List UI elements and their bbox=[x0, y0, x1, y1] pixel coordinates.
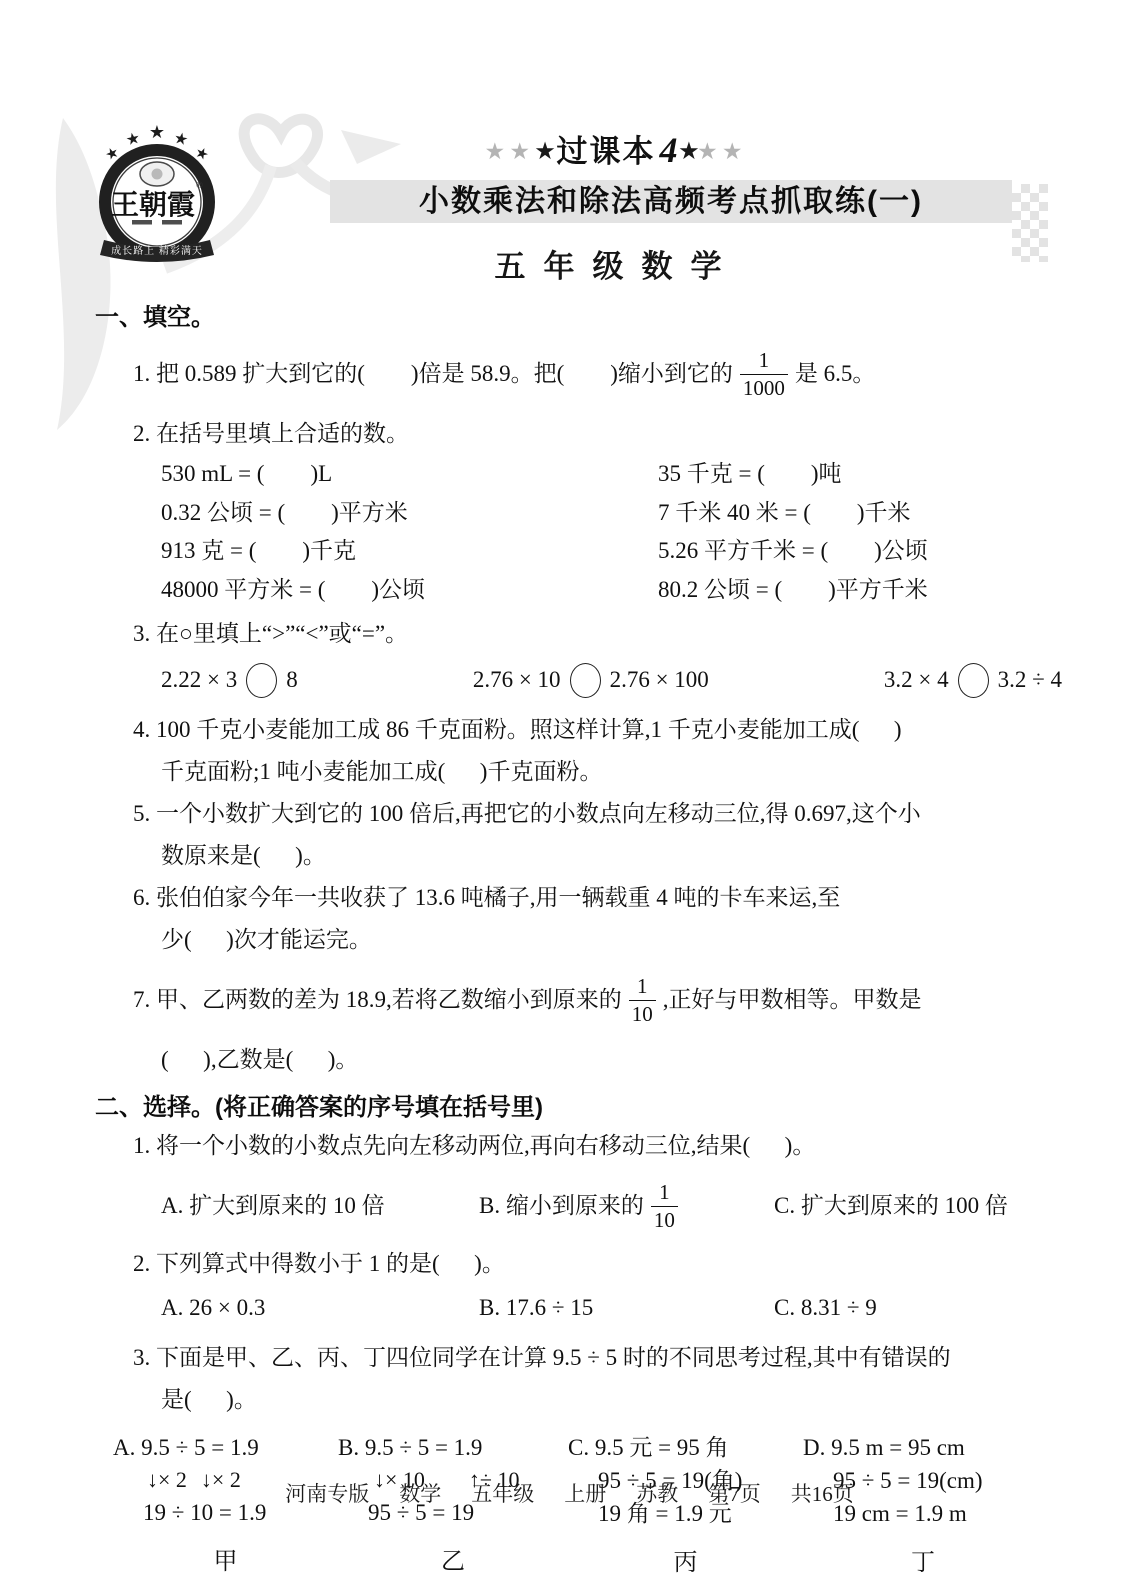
comparison-right: 3.2 ÷ 4 bbox=[998, 657, 1062, 703]
option-a: A. 26 × 0.3 bbox=[161, 1287, 479, 1329]
section2-heading: 二、选择。(将正确答案的序号填在括号里) bbox=[95, 1091, 1070, 1125]
option-b: B. 缩小到原来的 1 10 bbox=[479, 1179, 774, 1232]
option-b-text: B. 缩小到原来的 bbox=[479, 1185, 644, 1227]
s1-q7-text-pre: 7. 甲、乙两数的差为 18.9,若将乙数缩小到原来的 bbox=[133, 985, 622, 1015]
s1-q5-line1: 5. 一个小数扩大到它的 100 倍后,再把它的小数点向左移动三位,得 0.69… bbox=[133, 793, 1070, 835]
conversion-item: 7 千米 40 米 = ( )千米 bbox=[658, 494, 1070, 533]
s1-q7-text-post: ,正好与甲数相等。甲数是 bbox=[663, 985, 922, 1015]
s2-q3-line1: 3. 下面是甲、乙、丙、丁四位同学在计算 9.5 ÷ 5 时的不同思考过程,其中… bbox=[133, 1337, 1070, 1379]
conversion-item: 35 千克 = ( )吨 bbox=[658, 455, 1070, 494]
conversion-item: 48000 平方米 = ( )公顷 bbox=[161, 571, 658, 610]
working-D-name: 丁 bbox=[803, 1542, 1043, 1577]
s1-q1-text-pre: 1. 把 0.589 扩大到它的( )倍是 58.9。把( )缩小到它的 bbox=[133, 359, 733, 389]
working-C-line: C. 9.5 元 = 95 角 bbox=[568, 1431, 803, 1464]
s1-q2-stem: 2. 在括号里填上合适的数。 bbox=[133, 413, 1070, 455]
series-title-row: ★★★过课本4★★★ bbox=[95, 126, 1139, 171]
page-footer: 河南专版 数学 五年级 上册 苏教 第7页 共16页 bbox=[0, 1478, 1139, 1508]
conversion-item: 913 克 = ( )千克 bbox=[161, 532, 658, 571]
s1-q7-line1: 7. 甲、乙两数的差为 18.9,若将乙数缩小到原来的 1 10 ,正好与甲数相… bbox=[133, 961, 1070, 1039]
working-D-line: D. 9.5 m = 95 cm bbox=[803, 1431, 1043, 1464]
conversion-item: 0.32 公顷 = ( )平方米 bbox=[161, 494, 658, 533]
comparison-left: 2.22 × 3 bbox=[161, 657, 237, 703]
comparison-item: 3.2 × 4 3.2 ÷ 4 bbox=[884, 657, 1062, 703]
conversion-item: 80.2 公顷 = ( )平方千米 bbox=[658, 571, 1070, 610]
stars-right-outer-icon: ★★ bbox=[698, 141, 748, 163]
fraction-numerator: 1 bbox=[634, 973, 651, 999]
star-right-inner-icon: ★ bbox=[680, 139, 699, 163]
comparison-left: 2.76 × 10 bbox=[473, 657, 561, 703]
footer-volume: 上册 bbox=[564, 1478, 606, 1508]
subject-title: 五年级数学 bbox=[95, 241, 1139, 286]
s2-q1-stem: 1. 将一个小数的小数点先向左移动两位,再向右移动三位,结果( )。 bbox=[133, 1125, 1070, 1167]
s1-q7-fraction: 1 10 bbox=[629, 973, 656, 1026]
worksheet-page: ★ ★ ★ ★ ★ 王朝霞 ® 成长路上 精彩满天 ★★★过课本4★★★ 小数乘… bbox=[0, 0, 1139, 1582]
s2-q3-line2: 是( )。 bbox=[133, 1379, 1070, 1421]
option-b-fraction: 1 10 bbox=[651, 1179, 678, 1232]
section1-questions: 1. 把 0.589 扩大到它的( )倍是 58.9。把( )缩小到它的 1 1… bbox=[133, 335, 1070, 1081]
s1-q6-line2: 少( )次才能运完。 bbox=[133, 919, 1070, 961]
fraction-denominator: 10 bbox=[651, 1206, 678, 1233]
s1-q5-line2: 数原来是( )。 bbox=[133, 835, 1070, 877]
option-c: C. 扩大到原来的 100 倍 bbox=[774, 1185, 1008, 1227]
s1-q4-line1: 4. 100 千克小麦能加工成 86 千克面粉。照这样计算,1 千克小麦能加工成… bbox=[133, 709, 1070, 751]
conversion-item: 5.26 平方千米 = ( )公顷 bbox=[658, 532, 1070, 571]
s1-q2-conversion-grid: 530 mL = ( )L 35 千克 = ( )吨 0.32 公顷 = ( )… bbox=[133, 455, 1070, 609]
s1-q3-stem: 3. 在○里填上“>”“<”或“=”。 bbox=[133, 613, 1070, 655]
comparison-left: 3.2 × 4 bbox=[884, 657, 949, 703]
s1-q3-comparisons: 2.22 × 3 8 2.76 × 10 2.76 × 100 3.2 × 4 … bbox=[133, 657, 1070, 703]
s1-q1-fraction: 1 1000 bbox=[740, 347, 788, 400]
working-A-name: 甲 bbox=[113, 1541, 338, 1576]
comparison-right: 2.76 × 100 bbox=[610, 657, 709, 703]
footer-subject: 数学 bbox=[399, 1478, 441, 1508]
series-number: 4 bbox=[658, 130, 680, 170]
logo-name: 王朝霞 bbox=[111, 189, 195, 221]
footer-edition: 河南专版 bbox=[285, 1478, 369, 1508]
star-left-inner-icon: ★ bbox=[536, 139, 555, 163]
comparison-right: 8 bbox=[286, 657, 298, 703]
fraction-denominator: 10 bbox=[629, 1000, 656, 1027]
footer-press: 苏教 bbox=[636, 1478, 678, 1508]
section2-questions: 1. 将一个小数的小数点先向左移动两位,再向右移动三位,结果( )。 A. 扩大… bbox=[133, 1125, 1070, 1421]
answer-circle bbox=[246, 663, 277, 698]
working-B-name: 乙 bbox=[338, 1541, 568, 1576]
option-b: B. 17.6 ÷ 15 bbox=[479, 1287, 774, 1329]
series-title: 过课本 bbox=[555, 134, 658, 169]
comparison-item: 2.76 × 10 2.76 × 100 bbox=[473, 657, 709, 703]
answer-circle bbox=[570, 663, 601, 698]
comparison-item: 2.22 × 3 8 bbox=[161, 657, 298, 703]
fraction-numerator: 1 bbox=[656, 1179, 673, 1205]
s2-q1-options: A. 扩大到原来的 10 倍 B. 缩小到原来的 1 10 C. 扩大到原来的 … bbox=[133, 1169, 1070, 1243]
working-C-name: 丙 bbox=[568, 1542, 803, 1577]
option-c: C. 8.31 ÷ 9 bbox=[774, 1287, 877, 1329]
s1-q1: 1. 把 0.589 扩大到它的( )倍是 58.9。把( )缩小到它的 1 1… bbox=[133, 335, 1070, 413]
working-A-top: A. 9.5 ÷ 5 = 1.9 bbox=[113, 1431, 338, 1464]
working-B-top: B. 9.5 ÷ 5 = 1.9 bbox=[338, 1431, 568, 1464]
s2-q2-stem: 2. 下列算式中得数小于 1 的是( )。 bbox=[133, 1243, 1070, 1285]
worksheet-body: 一、填空。 1. 把 0.589 扩大到它的( )倍是 58.9。把( )缩小到… bbox=[95, 301, 1070, 1577]
footer-page-total: 共16页 bbox=[791, 1478, 854, 1508]
s1-q7-line2: ( ),乙数是( )。 bbox=[133, 1039, 1070, 1081]
conversion-item: 530 mL = ( )L bbox=[161, 455, 658, 494]
registered-mark: ® bbox=[196, 180, 203, 190]
footer-page-number: 第7页 bbox=[708, 1478, 761, 1508]
fraction-numerator: 1 bbox=[756, 347, 773, 373]
fraction-denominator: 1000 bbox=[740, 374, 788, 401]
stars-left-outer-icon: ★★ bbox=[486, 141, 536, 163]
s2-q2-options: A. 26 × 0.3 B. 17.6 ÷ 15 C. 8.31 ÷ 9 bbox=[133, 1287, 1070, 1329]
s1-q6-line1: 6. 张伯伯家今年一共收获了 13.6 吨橘子,用一辆载重 4 吨的卡车来运,至 bbox=[133, 877, 1070, 919]
section1-heading: 一、填空。 bbox=[95, 301, 1070, 335]
option-a: A. 扩大到原来的 10 倍 bbox=[161, 1185, 479, 1227]
worksheet-title-banner: 小数乘法和除法高频考点抓取练(一) bbox=[330, 180, 1012, 223]
footer-grade: 五年级 bbox=[471, 1478, 534, 1508]
s1-q4-line2: 千克面粉;1 吨小麦能加工成( )千克面粉。 bbox=[133, 751, 1070, 793]
answer-circle bbox=[958, 663, 989, 698]
s1-q1-text-post: 是 6.5。 bbox=[795, 359, 876, 389]
